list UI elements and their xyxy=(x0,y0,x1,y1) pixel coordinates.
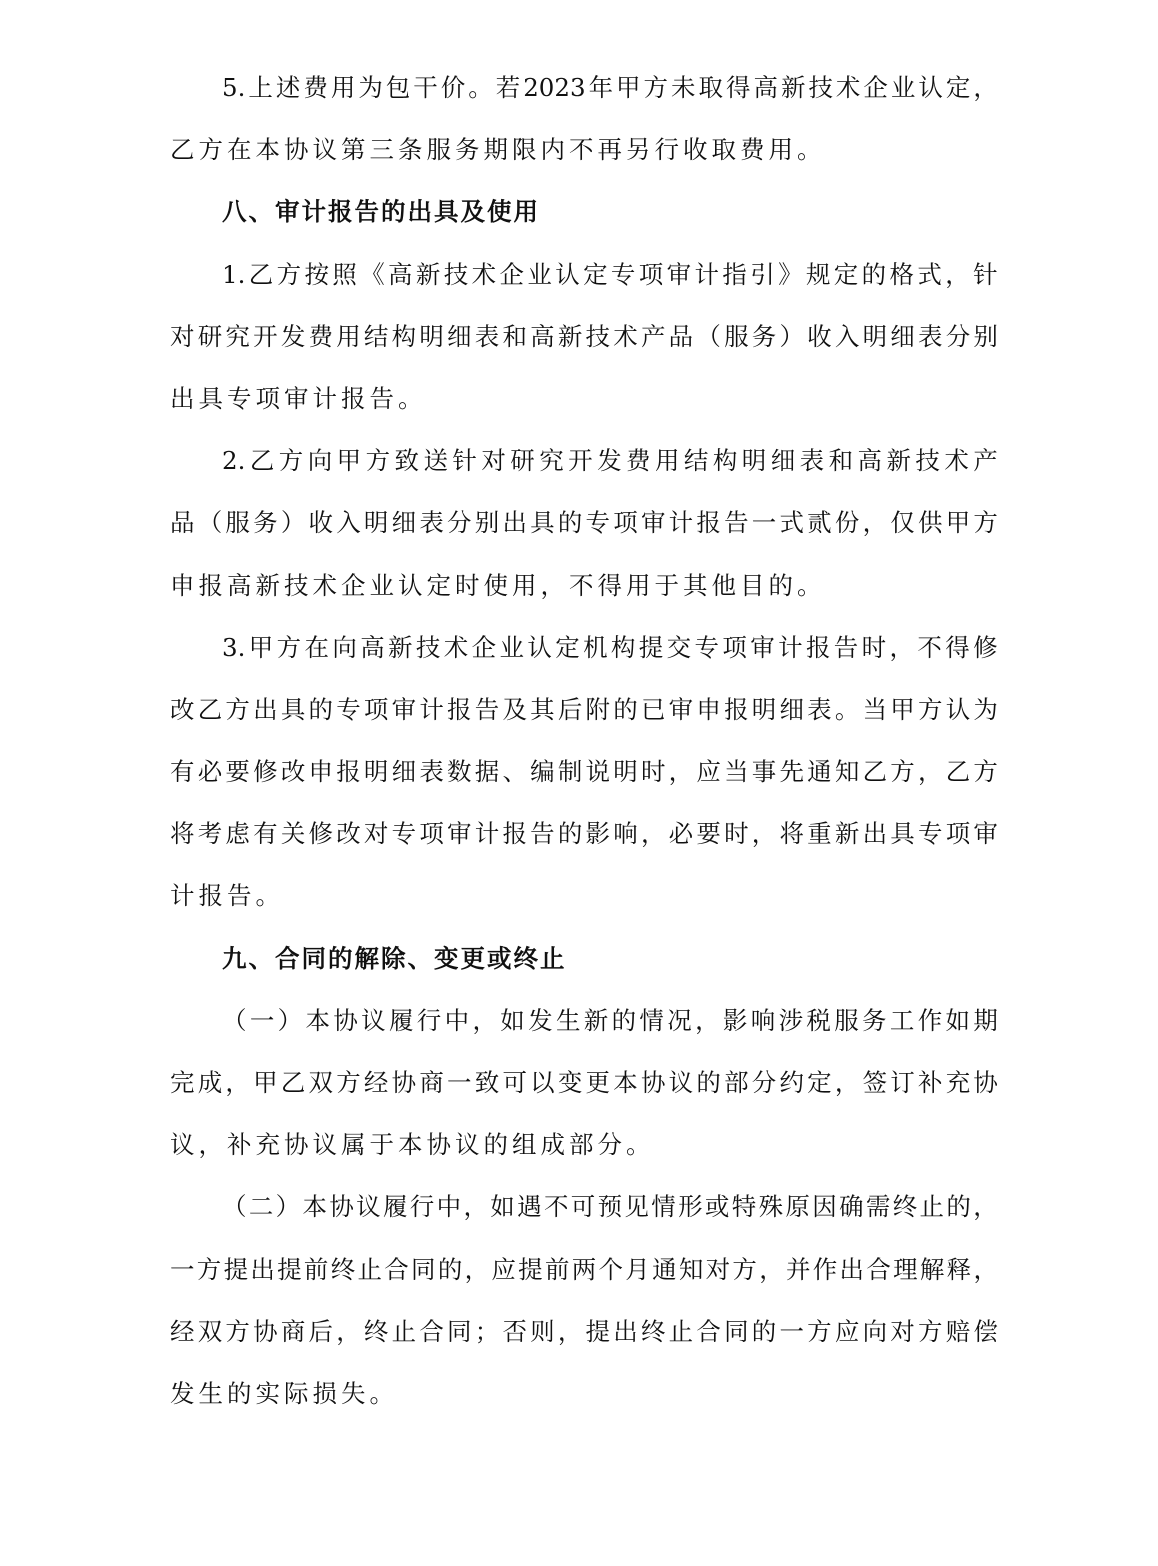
text-line: 计报告。 xyxy=(170,870,998,932)
text-line: 1.乙方按照《高新技术企业认定专项审计指引》规定的格式，针 xyxy=(170,249,998,311)
text-line: 议，补充协议属于本协议的组成部分。 xyxy=(170,1119,998,1181)
section-heading: 九、合同的解除、变更或终止 xyxy=(170,933,998,995)
text-line: 申报高新技术企业认定时使用，不得用于其他目的。 xyxy=(170,560,998,622)
section-heading: 八、审计报告的出具及使用 xyxy=(170,186,998,248)
text-line: 对研究开发费用结构明细表和高新技术产品（服务）收入明细表分别 xyxy=(170,311,998,373)
paragraph: 5.上述费用为包干价。若2023年甲方未取得高新技术企业认定，乙方在本协议第三条… xyxy=(170,62,998,186)
text-line: 乙方在本协议第三条服务期限内不再另行收取费用。 xyxy=(170,124,998,186)
text-line: 经双方协商后，终止合同；否则，提出终止合同的一方应向对方赔偿 xyxy=(170,1306,998,1368)
text-line: 一方提出提前终止合同的，应提前两个月通知对方，并作出合理解释， xyxy=(170,1244,998,1306)
text-line: 完成，甲乙双方经协商一致可以变更本协议的部分约定，签订补充协 xyxy=(170,1057,998,1119)
text-line: 八、审计报告的出具及使用 xyxy=(170,186,998,248)
text-line: （二）本协议履行中，如遇不可预见情形或特殊原因确需终止的， xyxy=(170,1181,998,1243)
text-line: （一）本协议履行中，如发生新的情况，影响涉税服务工作如期 xyxy=(170,995,998,1057)
text-line: 3.甲方在向高新技术企业认定机构提交专项审计报告时，不得修 xyxy=(170,622,998,684)
text-line: 品（服务）收入明细表分别出具的专项审计报告一式贰份，仅供甲方 xyxy=(170,497,998,559)
text-line: 出具专项审计报告。 xyxy=(170,373,998,435)
text-line: 发生的实际损失。 xyxy=(170,1368,998,1430)
paragraph: 1.乙方按照《高新技术企业认定专项审计指引》规定的格式，针对研究开发费用结构明细… xyxy=(170,249,998,436)
text-line: 将考虑有关修改对专项审计报告的影响，必要时，将重新出具专项审 xyxy=(170,808,998,870)
paragraph: （一）本协议履行中，如发生新的情况，影响涉税服务工作如期完成，甲乙双方经协商一致… xyxy=(170,995,998,1182)
text-line: 有必要修改申报明细表数据、编制说明时，应当事先通知乙方，乙方 xyxy=(170,746,998,808)
text-line: 九、合同的解除、变更或终止 xyxy=(170,933,998,995)
text-line: 5.上述费用为包干价。若2023年甲方未取得高新技术企业认定， xyxy=(170,62,998,124)
paragraph: 3.甲方在向高新技术企业认定机构提交专项审计报告时，不得修改乙方出具的专项审计报… xyxy=(170,622,998,933)
document-page: 5.上述费用为包干价。若2023年甲方未取得高新技术企业认定，乙方在本协议第三条… xyxy=(170,62,998,1430)
paragraph: 2.乙方向甲方致送针对研究开发费用结构明细表和高新技术产品（服务）收入明细表分别… xyxy=(170,435,998,622)
paragraph: （二）本协议履行中，如遇不可预见情形或特殊原因确需终止的，一方提出提前终止合同的… xyxy=(170,1181,998,1430)
text-line: 2.乙方向甲方致送针对研究开发费用结构明细表和高新技术产 xyxy=(170,435,998,497)
text-line: 改乙方出具的专项审计报告及其后附的已审申报明细表。当甲方认为 xyxy=(170,684,998,746)
